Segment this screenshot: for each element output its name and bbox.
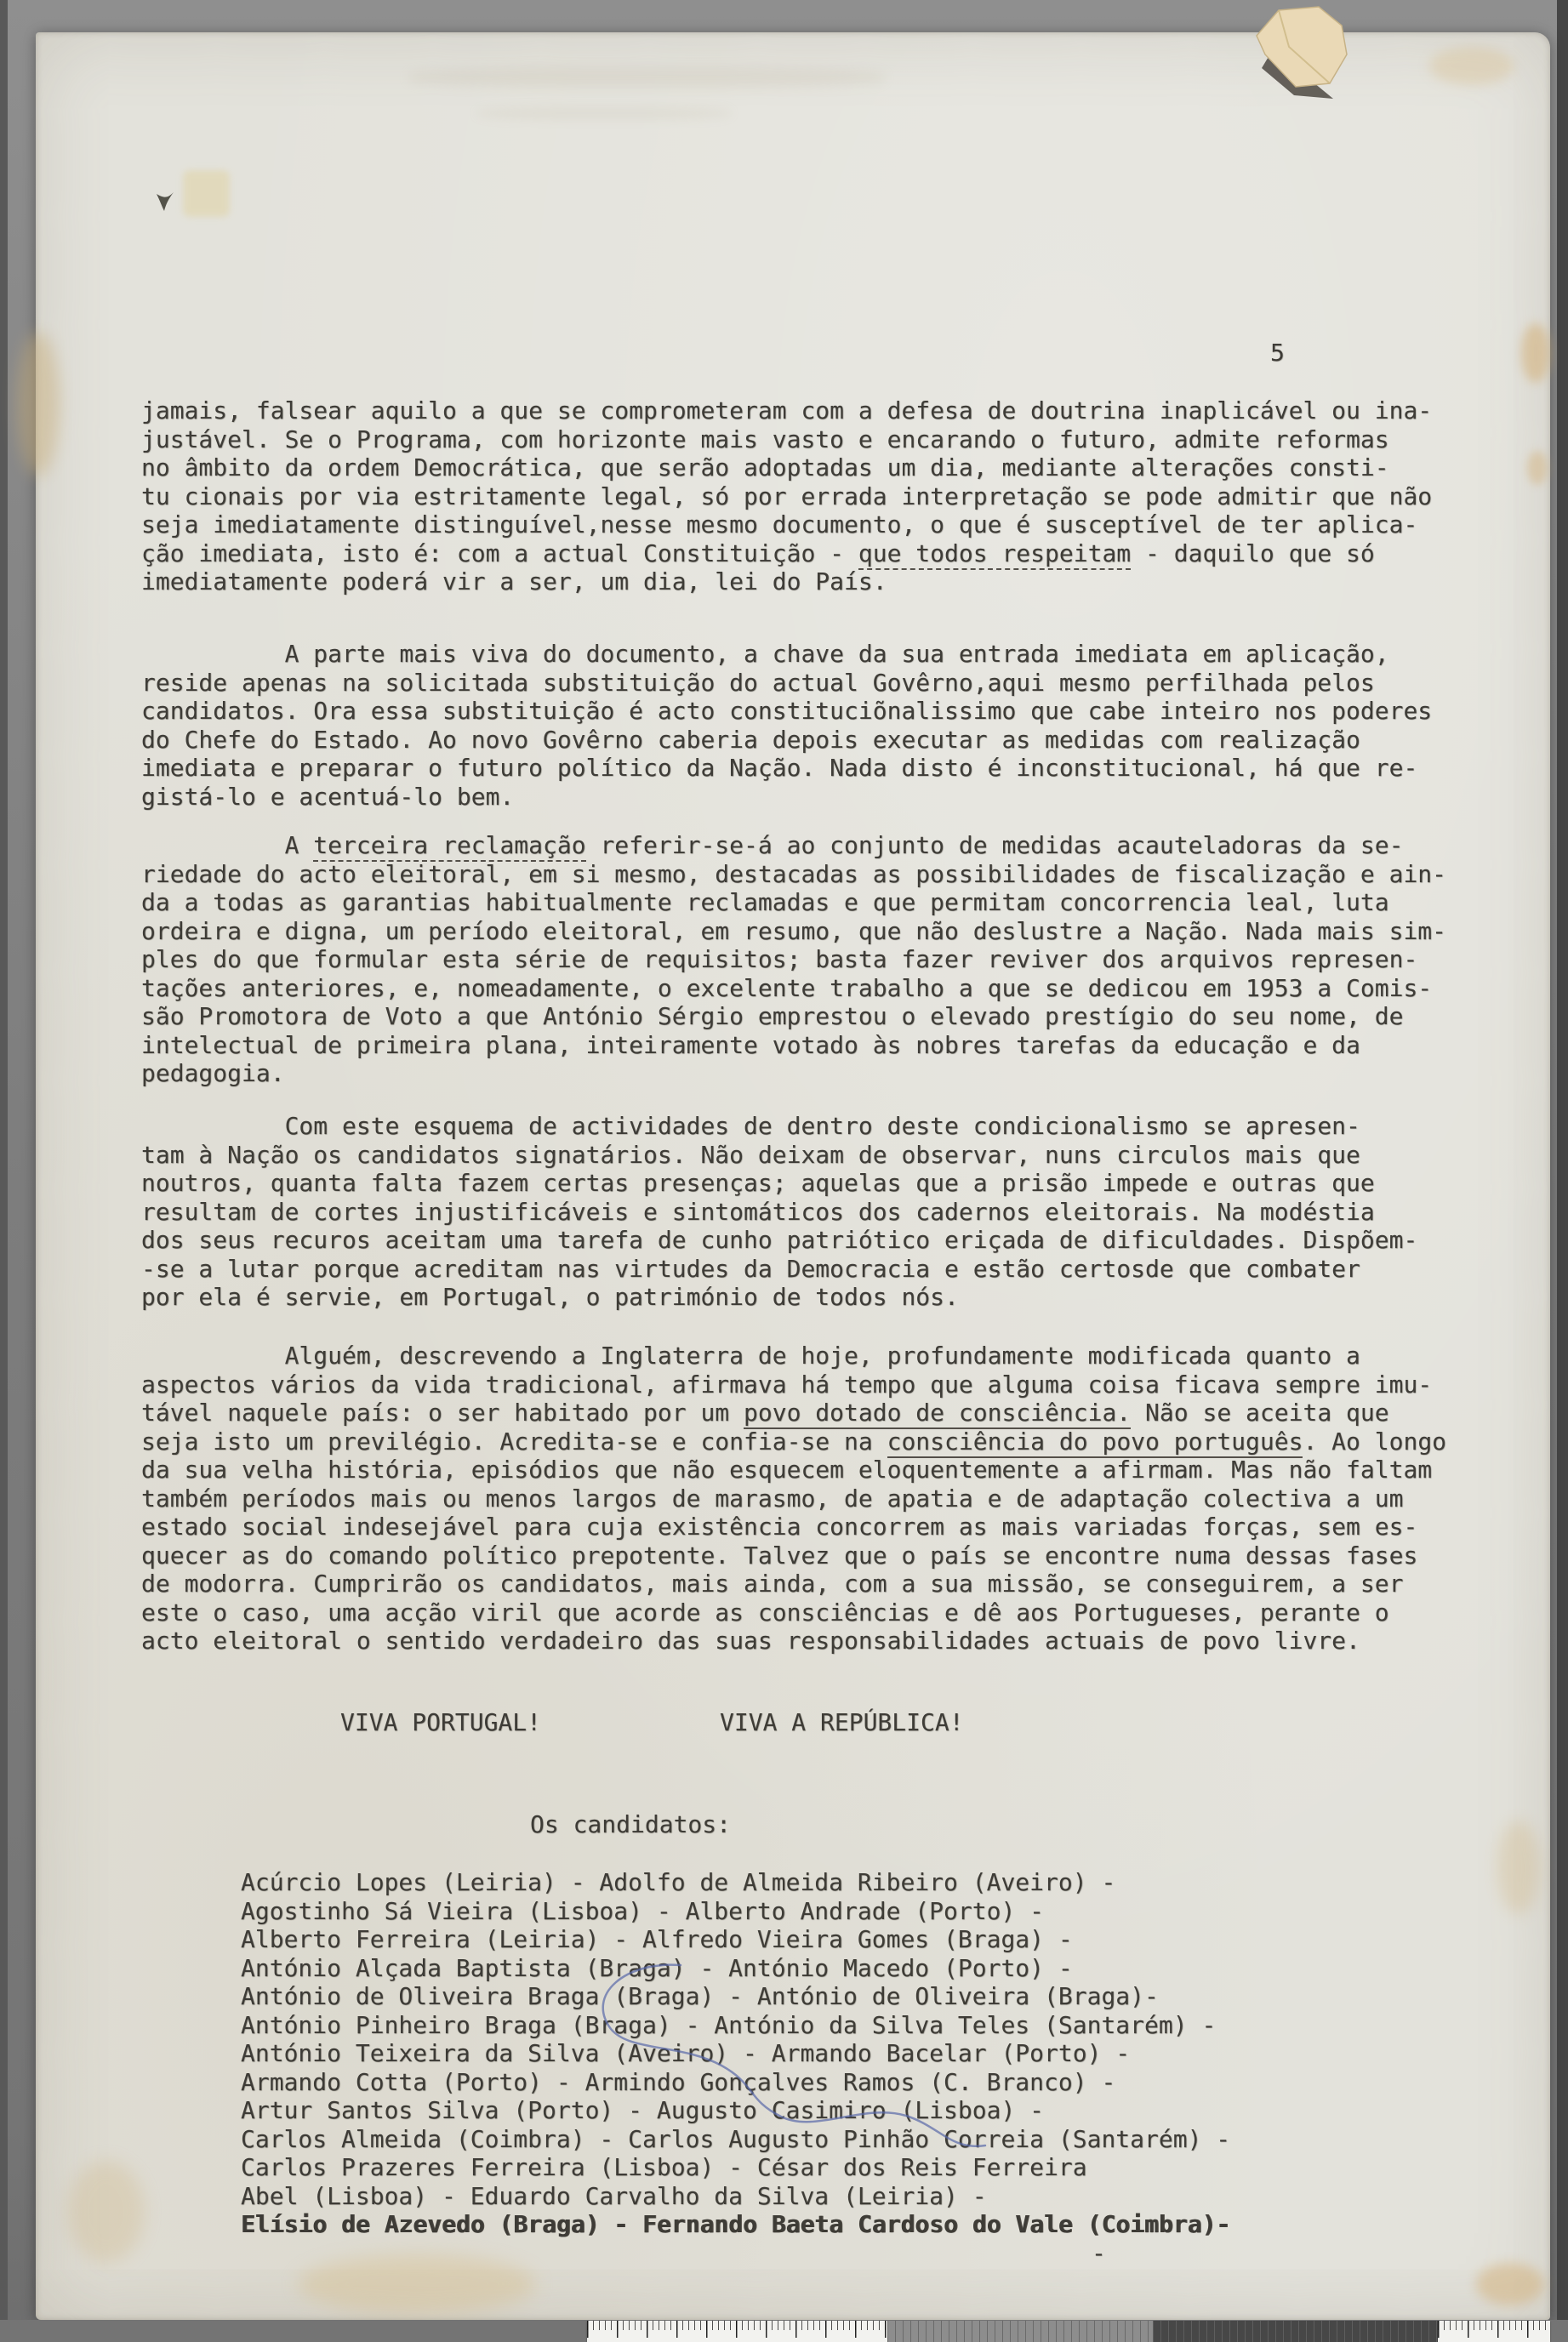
text-line: tam à Nação os candidatos signatários. N… bbox=[141, 1141, 1417, 1170]
text-line: António de Oliveira Braga (Braga) - Antó… bbox=[241, 1982, 1230, 2011]
text-line: seja isto um previlégio. Acredita-se e c… bbox=[141, 1427, 1446, 1456]
text-line: António Alçada Baptista (Braga) - Antóni… bbox=[241, 1954, 1230, 1983]
text-line: Agostinho Sá Vieira (Lisboa) - Alberto A… bbox=[241, 1897, 1230, 1926]
text-line: ples do que formular esta série de requi… bbox=[141, 945, 1446, 974]
text-line: Carlos Almeida (Coimbra) - Carlos August… bbox=[241, 2125, 1230, 2154]
text-line: Artur Santos Silva (Porto) - Augusto Cas… bbox=[241, 2096, 1230, 2125]
text-line: aspectos vários da vida tradicional, afi… bbox=[141, 1370, 1446, 1399]
text-line: Alberto Ferreira (Leiria) - Alfredo Viei… bbox=[241, 1925, 1230, 1954]
ruler-segment bbox=[587, 2321, 887, 2342]
text-line: pedagogia. bbox=[141, 1059, 1446, 1088]
stray-dash-mark: - bbox=[1092, 2239, 1106, 2268]
text-line: -se a lutar porque acreditam nas virtude… bbox=[141, 1255, 1417, 1284]
text-line: imediatamente poderá vir a ser, um dia, … bbox=[141, 567, 1432, 596]
text-line: também períodos mais ou menos largos de … bbox=[141, 1484, 1446, 1513]
text-line: acto eleitoral o sentido verdadeiro das … bbox=[141, 1627, 1446, 1655]
text-line: são Promotora de Voto a que António Sérg… bbox=[141, 1002, 1446, 1031]
text-line: Abel (Lisboa) - Eduardo Carvalho da Silv… bbox=[241, 2182, 1230, 2211]
text-line: da a todas as garantias habitualmente re… bbox=[141, 888, 1446, 917]
text-line: estado social indesejável para cuja exis… bbox=[141, 1513, 1446, 1541]
text-line: Acúrcio Lopes (Leiria) - Adolfo de Almei… bbox=[241, 1868, 1230, 1897]
slogan-viva-portugal: VIVA PORTUGAL! bbox=[340, 1708, 541, 1737]
text-line: Com este esquema de actividades de dentr… bbox=[141, 1112, 1417, 1141]
body-paragraph: Alguém, descrevendo a Inglaterra de hoje… bbox=[141, 1342, 1446, 1655]
text-line: ção imediata, isto é: com a actual Const… bbox=[141, 539, 1432, 568]
text-line: no âmbito da ordem Democrática, que serã… bbox=[141, 453, 1432, 482]
text-line: jamais, falsear aquilo a que se comprome… bbox=[141, 396, 1432, 425]
body-paragraph: A parte mais viva do documento, a chave … bbox=[141, 640, 1432, 811]
text-line: reside apenas na solicitada substituição… bbox=[141, 669, 1432, 698]
text-line: de modorra. Cumprirão os candidatos, mai… bbox=[141, 1570, 1446, 1598]
text-line: quecer as do comando político prepotente… bbox=[141, 1541, 1446, 1570]
text-line: António Teixeira da Silva (Aveiro) - Arm… bbox=[241, 2039, 1230, 2068]
text-line: do Chefe do Estado. Ao novo Govêrno cabe… bbox=[141, 726, 1432, 755]
text-line: A parte mais viva do documento, a chave … bbox=[141, 640, 1432, 669]
text-line: imediata e preparar o futuro político da… bbox=[141, 754, 1432, 783]
text-line: Carlos Prazeres Ferreira (Lisboa) - Césa… bbox=[241, 2153, 1230, 2182]
document-text: 5 VIVA PORTUGAL! VIVA A REPÚBLICA! Os ca… bbox=[0, 0, 1568, 2342]
text-line: da sua velha história, episódios que não… bbox=[141, 1456, 1446, 1484]
candidates-heading: Os candidatos: bbox=[530, 1810, 731, 1839]
ruler-segment bbox=[1438, 2321, 1550, 2342]
body-paragraph: A terceira reclamação referir-se-á ao co… bbox=[141, 831, 1446, 1088]
text-line: tações anteriores, e, nomeadamente, o ex… bbox=[141, 974, 1446, 1003]
text-line: resultam de cortes injustificáveis e sin… bbox=[141, 1198, 1417, 1227]
text-line: A terceira reclamação referir-se-á ao co… bbox=[141, 831, 1446, 860]
text-line: Armando Cotta (Porto) - Armindo Gonçalve… bbox=[241, 2068, 1230, 2097]
text-line: Alguém, descrevendo a Inglaterra de hoje… bbox=[141, 1342, 1446, 1370]
body-paragraph: Com este esquema de actividades de dentr… bbox=[141, 1112, 1417, 1312]
text-line: tu cionais por via estritamente legal, s… bbox=[141, 482, 1432, 511]
slogan-viva-republica: VIVA A REPÚBLICA! bbox=[720, 1708, 964, 1737]
text-line: justável. Se o Programa, com horizonte m… bbox=[141, 425, 1432, 454]
text-line: este o caso, uma acção viril que acorde … bbox=[141, 1598, 1446, 1627]
ruler-segment-dark bbox=[1153, 2321, 1438, 2342]
text-line: tável naquele país: o ser habitado por u… bbox=[141, 1399, 1446, 1427]
text-line: noutros, quanta falta fazem certas prese… bbox=[141, 1169, 1417, 1198]
text-line: por ela é servie, em Portugal, o patrimó… bbox=[141, 1283, 1417, 1312]
text-line: seja imediatamente distinguível,nesse me… bbox=[141, 510, 1432, 539]
text-line: ordeira e digna, um período eleitoral, e… bbox=[141, 917, 1446, 946]
text-line: Elísio de Azevedo (Braga) - Fernando Bae… bbox=[241, 2210, 1230, 2239]
candidates-list: Acúrcio Lopes (Leiria) - Adolfo de Almei… bbox=[241, 1868, 1230, 2239]
text-line: riedade do acto eleitoral, em si mesmo, … bbox=[141, 860, 1446, 889]
body-paragraph: jamais, falsear aquilo a que se comprome… bbox=[141, 396, 1432, 596]
text-line: gistá-lo e acentuá-lo bem. bbox=[141, 783, 1432, 812]
scanned-document-photo: 5 VIVA PORTUGAL! VIVA A REPÚBLICA! Os ca… bbox=[0, 0, 1568, 2342]
ruler-segment-faint bbox=[887, 2321, 1153, 2342]
text-line: intelectual de primeira plana, inteirame… bbox=[141, 1031, 1446, 1060]
text-line: candidatos. Ora essa substituição é acto… bbox=[141, 697, 1432, 726]
text-line: dos seus recuros aceitam uma tarefa de c… bbox=[141, 1226, 1417, 1255]
text-line: António Pinheiro Braga (Braga) - António… bbox=[241, 2011, 1230, 2040]
page-number: 5 bbox=[1270, 339, 1285, 368]
